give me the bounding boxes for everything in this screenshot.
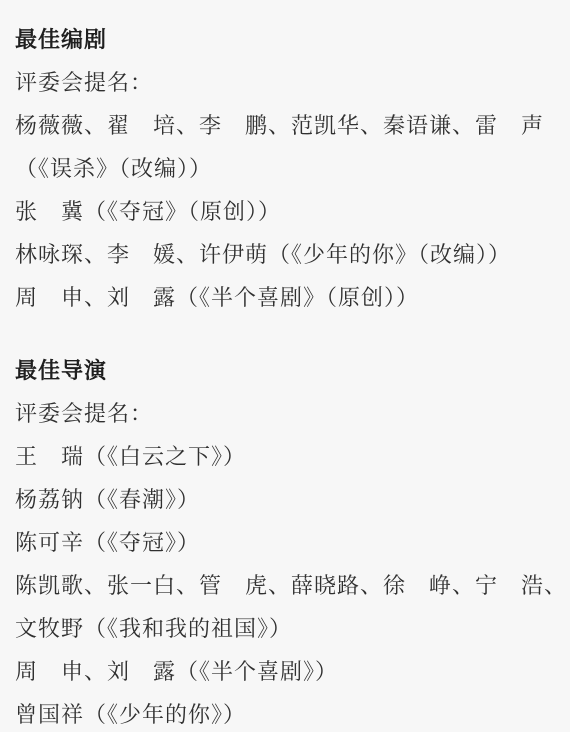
nominee-line: 陈可辛（《夺冠》） [15,521,555,564]
nominee-line-continuation: 文牧野（《我和我的祖国》） [15,607,555,650]
award-title-best-screenplay: 最佳编剧 [15,18,555,61]
jury-nomination-label: 评委会提名： [15,61,555,104]
nominee-line: 曾国祥（《少年的你》） [15,693,555,732]
section-best-screenplay: 最佳编剧 评委会提名： 杨薇薇、翟 培、李 鹏、范凯华、秦语谦、雷 声 （《误杀… [15,18,555,319]
nominee-line: 杨荔钠（《春潮》） [15,478,555,521]
nominee-line-continuation: （《误杀》（改编）） [15,147,555,190]
jury-nomination-label: 评委会提名： [15,392,555,435]
award-title-best-director: 最佳导演 [15,349,555,392]
article-body: 最佳编剧 评委会提名： 杨薇薇、翟 培、李 鹏、范凯华、秦语谦、雷 声 （《误杀… [0,0,570,732]
nominee-line: 杨薇薇、翟 培、李 鹏、范凯华、秦语谦、雷 声 [15,104,555,147]
nominee-line: 周 申、刘 露（《半个喜剧》） [15,650,555,693]
nominee-line: 王 瑞（《白云之下》） [15,435,555,478]
section-best-director: 最佳导演 评委会提名： 王 瑞（《白云之下》） 杨荔钠（《春潮》） 陈可辛（《夺… [15,349,555,732]
nominee-line: 林咏琛、李 媛、许伊萌（《少年的你》（改编）） [15,233,555,276]
nominee-line: 周 申、刘 露（《半个喜剧》（原创）） [15,276,555,319]
nominee-line: 张 冀（《夺冠》（原创）） [15,190,555,233]
nominee-line: 陈凯歌、张一白、管 虎、薛晓路、徐 峥、宁 浩、 [15,564,555,607]
